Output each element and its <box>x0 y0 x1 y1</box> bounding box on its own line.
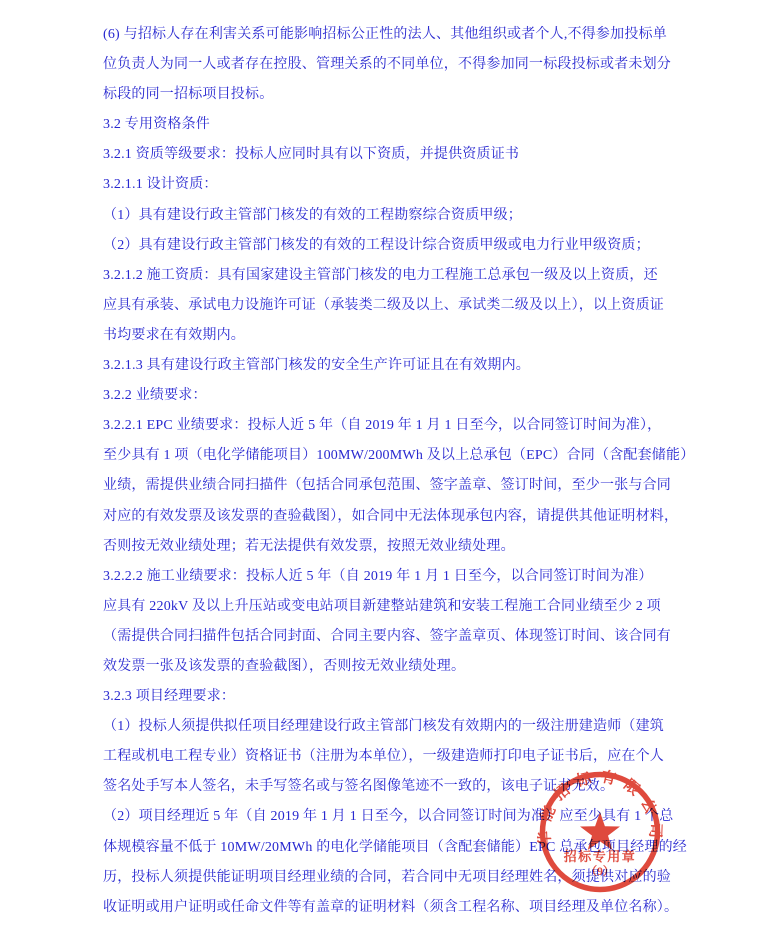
document-line: 3.2.1.3 具有建设行政主管部门核发的安全生产许可证且在有效期内。 <box>103 351 660 381</box>
document-line: 至少具有 1 项（电化学储能项目）100MW/200MWh 及以上总承包（EPC… <box>103 441 660 471</box>
document-line-section-heading: 3.2.3 项目经理要求： <box>103 682 660 712</box>
document-line: 业绩，需提供业绩合同扫描件（包括合同承包范围、签字盖章、签订时间，至少一张与合同 <box>103 471 660 501</box>
company-seal: 华能招标有限公司 招标专用章 （9） <box>530 762 670 902</box>
document-line: 效发票一张及该发票的查验截图），否则按无效业绩处理。 <box>103 652 660 682</box>
document-line: 标段的同一招标项目投标。 <box>103 80 660 110</box>
document-line: （1）具有建设行政主管部门核发的有效的工程勘察综合资质甲级； <box>103 201 660 231</box>
document-line: 应具有承装、承试电力设施许可证（承装类二级及以上、承试类二级及以上），以上资质证 <box>103 291 660 321</box>
star-icon <box>580 812 620 850</box>
document-page: (6) 与招标人存在利害关系可能影响招标公正性的法人、其他组织或者个人,不得参加… <box>0 0 760 938</box>
document-line: 对应的有效发票及该发票的查验截图），如合同中无法体现承包内容，请提供其他证明材料… <box>103 502 660 532</box>
document-line: 3.2.1 资质等级要求：投标人应同时具有以下资质，并提供资质证书 <box>103 140 660 170</box>
document-line: （需提供合同扫描件包括合同封面、合同主要内容、签字盖章页、体现签订时间、该合同有 <box>103 622 660 652</box>
seal-title: 招标专用章 <box>564 849 637 864</box>
document-line: 否则按无效业绩处理；若无法提供有效发票，按照无效业绩处理。 <box>103 532 660 562</box>
document-line: 3.2.2.2 施工业绩要求：投标人近 5 年（自 2019 年 1 月 1 日… <box>103 562 660 592</box>
document-line: 3.2.2.1 EPC 业绩要求：投标人近 5 年（自 2019 年 1 月 1… <box>103 411 660 441</box>
document-line-section-heading: 3.2 专用资格条件 <box>103 110 660 140</box>
seal-number: （9） <box>586 864 615 878</box>
document-line-section-heading: 3.2.2 业绩要求： <box>103 381 660 411</box>
document-line: 位负责人为同一人或者存在控股、管理关系的不同单位，不得参加同一标段投标或者未划分 <box>103 50 660 80</box>
document-line: 3.2.1.2 施工资质：具有国家建设主管部门核发的电力工程施工总承包一级及以上… <box>103 261 660 291</box>
document-line: 应具有 220kV 及以上升压站或变电站项目新建整站建筑和安装工程施工合同业绩至… <box>103 592 660 622</box>
document-line: （2）具有建设行政主管部门核发的有效的工程设计综合资质甲级或电力行业甲级资质； <box>103 231 660 261</box>
document-line: (6) 与招标人存在利害关系可能影响招标公正性的法人、其他组织或者个人,不得参加… <box>103 20 660 50</box>
document-line: 3.2.1.1 设计资质： <box>103 170 660 200</box>
document-line: （1）投标人须提供拟任项目经理建设行政主管部门核发有效期内的一级注册建造师（建筑 <box>103 712 660 742</box>
document-line: 书均要求在有效期内。 <box>103 321 660 351</box>
